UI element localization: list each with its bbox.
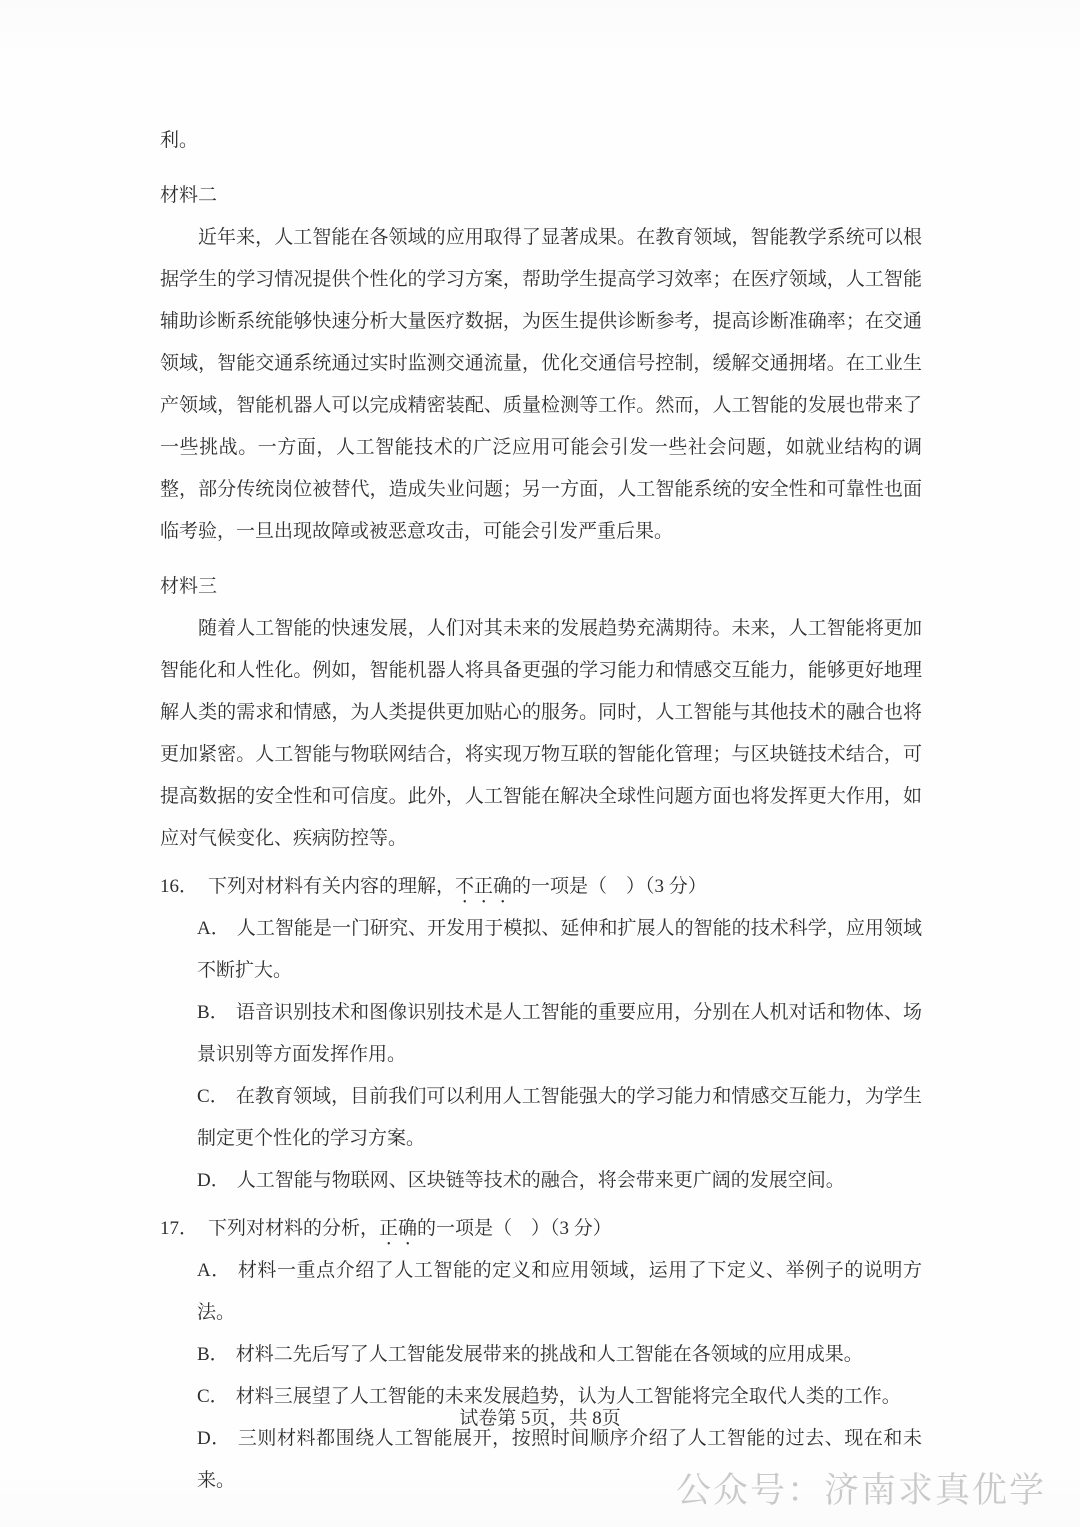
option-text: 在教育领域，目前我们可以利用人工智能强大的学习能力和情感交互能力，为学生制定更个… xyxy=(197,1086,922,1149)
question-16-stem-emphasis: 不正确 xyxy=(455,876,512,897)
option-text: 材料二先后写了人工智能发展带来的挑战和人工智能在各领域的应用成果。 xyxy=(236,1344,863,1365)
question-16: 16．下列对材料有关内容的理解，不正确的一项是（ ）（3 分） A．人工智能是一… xyxy=(160,866,922,1202)
question-16-stem: 16．下列对材料有关内容的理解，不正确的一项是（ ）（3 分） xyxy=(160,866,922,908)
question-16-option-c: C．在教育领域，目前我们可以利用人工智能强大的学习能力和情感交互能力，为学生制定… xyxy=(160,1076,922,1160)
option-text: 人工智能是一门研究、开发用于模拟、延伸和扩展人的智能的技术科学，应用领域不断扩大… xyxy=(197,918,922,981)
question-16-stem-pre: 下列对材料有关内容的理解， xyxy=(208,876,455,897)
question-17-stem-emphasis: 正确 xyxy=(379,1218,417,1239)
option-label: A． xyxy=(197,918,230,939)
watermark-text: 公众号：济南求真优学 xyxy=(676,1470,1046,1512)
question-17-stem-post: 的一项是（ ）（3 分） xyxy=(417,1218,612,1239)
question-17-option-b: B．材料二先后写了人工智能发展带来的挑战和人工智能在各领域的应用成果。 xyxy=(160,1334,922,1376)
option-label: D． xyxy=(197,1170,230,1191)
option-label: A． xyxy=(197,1260,231,1281)
question-16-option-a: A．人工智能是一门研究、开发用于模拟、延伸和扩展人的智能的技术科学，应用领域不断… xyxy=(160,908,922,992)
material-3-paragraph: 随着人工智能的快速发展，人们对其未来的发展趋势充满期待。未来，人工智能将更加智能… xyxy=(160,608,922,860)
option-text: 语音识别技术和图像识别技术是人工智能的重要应用，分别在人机对话和物体、场景识别等… xyxy=(197,1002,922,1065)
question-17-stem-pre: 下列对材料的分析， xyxy=(208,1218,379,1239)
question-16-number: 16． xyxy=(160,876,198,897)
material-3-label: 材料三 xyxy=(160,566,922,608)
option-label: B． xyxy=(197,1344,229,1365)
question-16-stem-post: 的一项是（ ）（3 分） xyxy=(512,876,707,897)
question-16-option-b: B．语音识别技术和图像识别技术是人工智能的重要应用，分别在人机对话和物体、场景识… xyxy=(160,992,922,1076)
exam-paper-page: 利。 材料二 近年来，人工智能在各领域的应用取得了显著成果。在教育领域，智能教学… xyxy=(0,0,1080,1527)
material-2-label: 材料二 xyxy=(160,175,922,217)
option-label: B． xyxy=(197,1002,229,1023)
page-content: 利。 材料二 近年来，人工智能在各领域的应用取得了显著成果。在教育领域，智能教学… xyxy=(160,120,922,1502)
question-17-option-a: A．材料一重点介绍了人工智能的定义和应用领域，运用了下定义、举例子的说明方法。 xyxy=(160,1250,922,1334)
question-17: 17．下列对材料的分析，正确的一项是（ ）（3 分） A．材料一重点介绍了人工智… xyxy=(160,1208,922,1502)
question-17-stem: 17．下列对材料的分析，正确的一项是（ ）（3 分） xyxy=(160,1208,922,1250)
carryover-text: 利。 xyxy=(160,120,922,162)
page-number-footer: 试卷第 5页，共 8页 xyxy=(0,1398,1080,1440)
option-text: 材料一重点介绍了人工智能的定义和应用领域，运用了下定义、举例子的说明方法。 xyxy=(197,1260,922,1323)
question-17-number: 17． xyxy=(160,1218,198,1239)
option-label: C． xyxy=(197,1086,229,1107)
material-2-paragraph: 近年来，人工智能在各领域的应用取得了显著成果。在教育领域，智能教学系统可以根据学… xyxy=(160,217,922,553)
question-16-option-d: D．人工智能与物联网、区块链等技术的融合，将会带来更广阔的发展空间。 xyxy=(160,1160,922,1202)
option-text: 人工智能与物联网、区块链等技术的融合，将会带来更广阔的发展空间。 xyxy=(237,1170,845,1191)
